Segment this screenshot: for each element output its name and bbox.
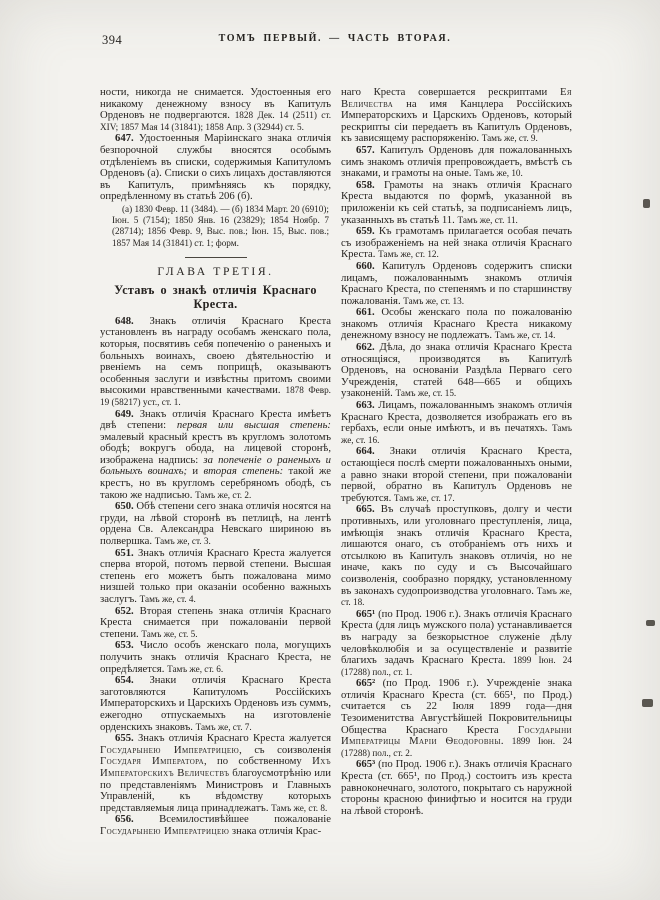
text-run: 664. [356,445,375,457]
paragraph-continuation-prev-page: ности, никогда не снимается. Удостоенныя… [100,87,331,133]
text-run: Знакъ отличія Краснаго Креста жалуется [134,732,331,744]
article-653: 653. Число особъ женскаго пола, могущихъ… [100,640,331,675]
text-run: 648. [115,315,134,327]
text-run: . [501,735,512,747]
text-run: Знаки отличія Краснаго Креста, остающіес… [341,445,572,503]
text-run: , съ соизволенія [239,744,331,756]
text-run: Лицамъ, пожалованнымъ знакомъ отличія Кр… [341,399,572,434]
text-run: 654. [115,674,134,686]
text-run: вторая степень: [203,465,283,477]
text-run: первая или высшая степень: [177,419,331,431]
article-658: 658. Грамоты на знакъ отличія Краснаго К… [341,180,572,226]
text-run: 656. [115,813,134,825]
text-run: Государя Императора [100,755,204,767]
text-run: , по собственному [204,755,312,767]
article-647: 647. Удостоенныя Маріинскаго знака отлич… [100,133,331,203]
text-run: Тамъ же, ст. 2. [195,490,251,500]
text-run: и [187,465,203,477]
text-run: 650. [115,500,134,512]
text-run: Тамъ же, ст. 17. [394,493,455,503]
right-column: наго Креста совершается рескриптами Ея В… [341,87,572,837]
text-run: 665¹ [356,608,375,620]
article-659: 659. Къ грамотамъ прилагается особая печ… [341,226,572,261]
running-title: ТОМЪ ПЕРВЫЙ. — ЧАСТЬ ВТОРАЯ. [100,33,570,44]
text-run: Тамъ же, ст. 13. [403,296,464,306]
scan-artifact [643,199,650,208]
left-column: ности, никогда не снимается. Удостоенныя… [100,87,331,837]
page-number: 394 [102,33,122,48]
text-run: 653. [115,639,134,651]
text-run: Тамъ же, ст. 11. [457,215,517,225]
text-run: 652. [115,605,134,617]
chapter-heading: ГЛАВА ТРЕТІЯ. [100,265,331,278]
article-665-3: 665³ (по Прод. 1906 г.). Знакъ отличія К… [341,759,572,817]
text-run: Тамъ же, ст. 14. [495,330,556,340]
text-run: 662. [356,341,375,353]
text-run: (а) 1830 Февр. 11 (3484). — (б) 1834 Мар… [112,204,329,248]
article-656: 656. Всемилостивѣйшее пожалованіе Госуда… [100,814,331,837]
text-run: Всемилостивѣйшее пожалованіе [134,813,331,825]
article-664: 664. Знаки отличія Краснаго Креста, оста… [341,446,572,504]
text-run: Тамъ же, ст. 4. [140,594,196,604]
text-run: Тамъ же, 10. [474,168,523,178]
text-run: наго Креста совершается рескриптами [341,86,560,98]
article-665-2: 665² (по Прод. 1906 г.). Учрежденіе знак… [341,678,572,759]
scan-artifact [642,699,653,707]
article-649: 649. Знакъ отличія Краснаго Креста имѣет… [100,409,331,502]
text-run: (по Прод. 1906 г.). Знакъ отличія Красна… [341,758,572,816]
text-run: Государынею Императрицею [100,744,239,756]
text-run: 665³ [356,758,375,770]
article-660: 660. Капитулъ Орденовъ содержитъ списки … [341,261,572,307]
text-run: Государынею Императрицею [100,825,229,837]
text-run: 647. [115,132,134,144]
text-run: 665² [356,677,375,689]
text-run: 663. [356,399,375,411]
statute-heading: Уставъ о знакѣ отличія Краснаго Креста. [100,283,331,311]
section-divider-rule [185,257,247,258]
text-run: Дѣла, до знака отличія Краснаго Креста о… [341,341,572,399]
text-run: Въ случаѣ проступковъ, долгу и чести про… [341,503,572,596]
text-run: Удостоенныя Маріинскаго знака отличія бе… [100,132,331,202]
citation-note-647: (а) 1830 Февр. 11 (3484). — (б) 1834 Мар… [112,204,329,249]
article-648: 648. Знакъ отличія Краснаго Креста устан… [100,316,331,409]
text-run: Тамъ же, ст. 7. [196,722,252,732]
article-656-continuation: наго Креста совершается рескриптами Ея В… [341,87,572,145]
text-run: 657. [356,144,375,156]
article-657: 657. Капитулъ Орденовъ для пожалованныхъ… [341,145,572,180]
text-run: 660. [356,260,375,272]
text-run: Тамъ же, ст. 5. [141,629,197,639]
article-651: 651. Знакъ отличія Краснаго Креста жалуе… [100,548,331,606]
text-run: Знакъ отличія Краснаго Креста жалуется с… [100,547,331,605]
text-run: Вторая степень знака отличія Краснаго Кр… [100,605,331,640]
text-run: Къ грамотамъ прилагается особая печать с… [341,225,572,260]
article-661: 661. Особы женскаго пола по пожалованію … [341,307,572,342]
text-run: знака отличія Крас- [229,825,321,837]
text-run: Тамъ же, ст. 15. [396,388,457,398]
text-run: Тамъ же, ст. 12. [378,249,439,259]
text-run: Тамъ же, ст. 8. [271,803,327,813]
article-655: 655. Знакъ отличія Краснаго Креста жалуе… [100,733,331,814]
text-run: 658. [356,179,375,191]
text-run: Тамъ же, ст. 3. [155,536,211,546]
text-run: 649. [115,408,134,420]
article-662: 662. Дѣла, до знака отличія Краснаго Кре… [341,342,572,400]
article-665: 665. Въ случаѣ проступковъ, долгу и чест… [341,504,572,608]
running-head: 394 ТОМЪ ПЕРВЫЙ. — ЧАСТЬ ВТОРАЯ. [100,33,570,49]
text-run: 651. [115,547,134,559]
article-650: 650. Обѣ степени сего знака отличія нося… [100,501,331,547]
text-run: 661. [356,306,375,318]
book-page: 394 ТОМЪ ПЕРВЫЙ. — ЧАСТЬ ВТОРАЯ. ности, … [0,0,660,900]
text-run: 655. [115,732,134,744]
text-run: Тамъ же, ст. 9. [482,133,538,143]
article-665-1: 665¹ (по Прод. 1906 г.). Знакъ отличія К… [341,609,572,679]
article-663: 663. Лицамъ, пожалованнымъ знакомъ отлич… [341,400,572,446]
text-columns: ности, никогда не снимается. Удостоенныя… [100,87,572,837]
text-run: Обѣ степени сего знака отличія носятся н… [100,500,331,547]
article-652: 652. Вторая степень знака отличія Красна… [100,606,331,641]
text-run: Тамъ же, ст. 6. [167,664,223,674]
text-run: Капитулъ Орденовъ для пожалованныхъ симъ… [341,144,572,179]
scan-artifact [646,620,655,626]
article-654: 654. Знаки отличія Краснаго Креста загот… [100,675,331,733]
text-run: 659. [356,225,375,237]
text-run: 665. [356,503,375,515]
